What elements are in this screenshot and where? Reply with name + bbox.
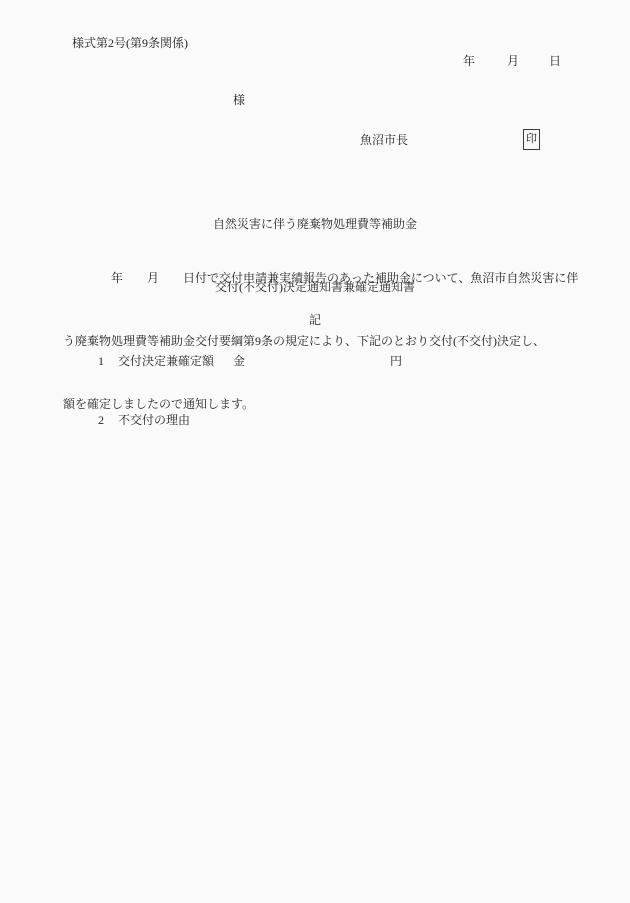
item-non-grant-reason: 2 不交付の理由 xyxy=(98,410,568,430)
item-1-amount-unit: 円 xyxy=(390,351,402,371)
addressee-suffix: 様 xyxy=(233,90,245,110)
date-day-label: 日 xyxy=(549,51,561,71)
item-2-number: 2 xyxy=(98,410,104,430)
document-page: 様式第2号(第9条関係) 年 月 日 様 魚沼市長 印 自然災害に伴う廃棄物処理… xyxy=(0,0,630,903)
item-1-number: 1 xyxy=(98,351,104,371)
date-line: 年 月 日 xyxy=(463,51,573,71)
body-paragraph-line-2: う廃棄物処理費等補助金交付要綱第9条の規定により、下記のとおり交付(不交付)決定… xyxy=(63,331,573,352)
item-1-label: 交付決定兼確定額 xyxy=(118,351,214,371)
item-1-amount-prefix: 金 xyxy=(233,351,245,371)
date-year-label: 年 xyxy=(463,51,475,71)
date-month-label: 月 xyxy=(507,51,519,71)
form-number: 様式第2号(第9条関係) xyxy=(72,33,188,53)
body-paragraph-line-1: 年 月 日付で交付申請兼実績報告のあった補助金について、魚沼市自然災害に伴 xyxy=(63,268,573,289)
seal-stamp-box: 印 xyxy=(523,129,540,150)
record-marker: 記 xyxy=(0,310,630,330)
seal-stamp-label: 印 xyxy=(526,134,537,145)
item-grant-decision-amount: 1 交付決定兼確定額 金 円 xyxy=(98,351,568,371)
item-2-label: 不交付の理由 xyxy=(118,410,190,430)
sender-title: 魚沼市長 xyxy=(360,130,408,150)
